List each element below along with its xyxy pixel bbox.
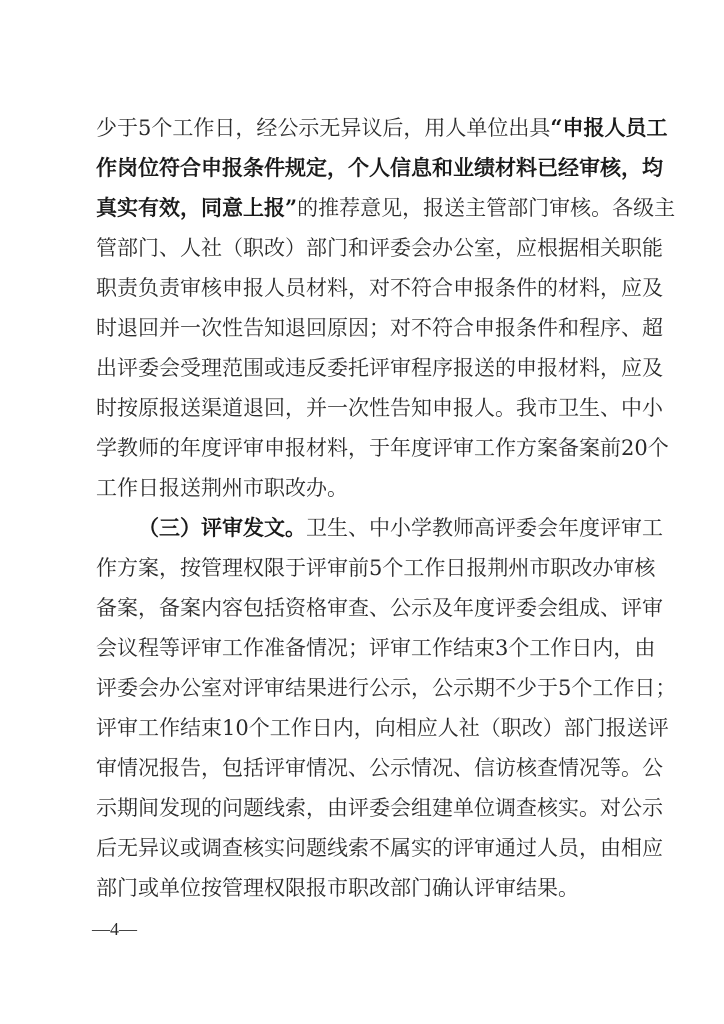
paragraph-line: 学教师的年度评审申报材料，于年度评审工作方案备案前20个 <box>96 428 628 468</box>
paragraph-line: 少于5个工作日，经公示无异议后，用人单位出具“申报人员工 <box>96 108 628 148</box>
paragraph-line: 出评委会受理范围或违反委托评审程序报送的申报材料，应及 <box>96 348 628 388</box>
paragraph-line: 作岗位符合申报条件规定，个人信息和业绩材料已经审核，均 <box>96 148 628 188</box>
paragraph-line: 工作日报送荆州市职改办。 <box>96 468 628 508</box>
subsection-label: （三）评审发文。 <box>138 515 306 540</box>
paragraph-line: 审情况报告，包括评审情况、公示情况、信访核查情况等。公 <box>96 748 628 788</box>
paragraph-line: 管部门、人社（职改）部门和评委会办公室，应根据相关职能 <box>96 228 628 268</box>
paragraph-line: 后无异议或调查核实问题线索不属实的评审通过人员，由相应 <box>96 828 628 868</box>
paragraph-line: 会议程等评审工作准备情况；评审工作结束3个工作日内，由 <box>96 628 628 668</box>
subsection-line: （三）评审发文。卫生、中小学教师高评委会年度评审工 <box>138 508 628 548</box>
paragraph-line: 评委会办公室对评审结果进行公示，公示期不少于5个工作日； <box>96 668 628 708</box>
bold-text-run: 真实有效，同意上报” <box>96 195 297 220</box>
paragraph-line: 部门或单位按管理权限报市职改部门确认评审结果。 <box>96 868 628 908</box>
text-run: 的推荐意见，报送主管部门审核。各级主 <box>297 196 675 220</box>
paragraph-line: 评审工作结束10个工作日内，向相应人社（职改）部门报送评 <box>96 708 628 748</box>
text-run: 卫生、中小学教师高评委会年度评审工 <box>306 516 663 540</box>
paragraph-line: 时按原报送渠道退回，并一次性告知申报人。我市卫生、中小 <box>96 388 628 428</box>
paragraph-line: 真实有效，同意上报”的推荐意见，报送主管部门审核。各级主 <box>96 188 628 228</box>
paragraph-line: 备案，备案内容包括资格审查、公示及年度评委会组成、评审 <box>96 588 628 628</box>
text-run: 少于5个工作日，经公示无异议后，用人单位出具 <box>96 116 550 140</box>
paragraph-line: 职责负责审核申报人员材料，对不符合申报条件的材料，应及 <box>96 268 628 308</box>
paragraph-line: 时退回并一次性告知退回原因；对不符合申报条件和程序、超 <box>96 308 628 348</box>
bold-text-run: “申报人员工 <box>550 115 667 140</box>
paragraph-line: 作方案，按管理权限于评审前5个工作日报荆州市职改办审核 <box>96 548 628 588</box>
document-page: 少于5个工作日，经公示无异议后，用人单位出具“申报人员工 作岗位符合申报条件规定… <box>0 0 724 1024</box>
paragraph-line: 示期间发现的问题线索，由评委会组建单位调查核实。对公示 <box>96 788 628 828</box>
page-number: —4— <box>92 914 137 944</box>
